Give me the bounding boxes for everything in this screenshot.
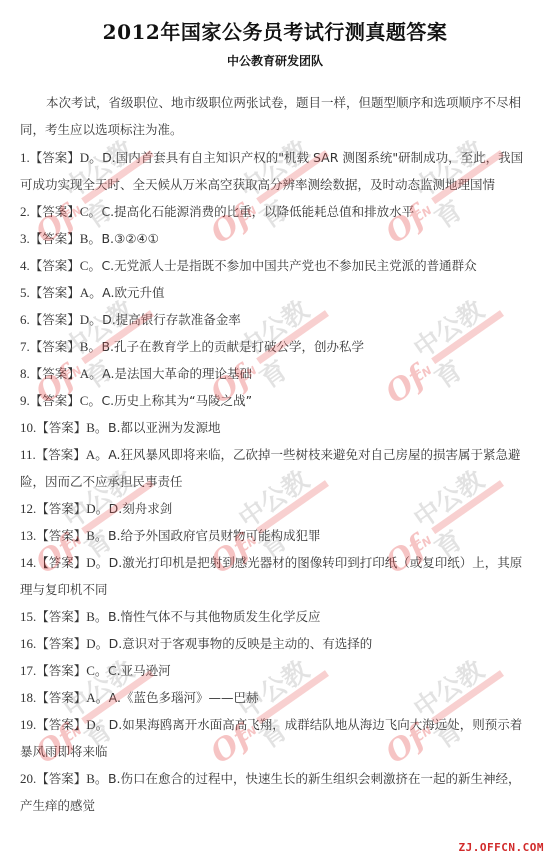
answer-choice: D。	[86, 717, 108, 732]
answer-explanation: C.无党派人士是指既不参加中国共产党也不参加民主党派的普通群众	[101, 258, 476, 273]
answer-choice: B。	[86, 771, 108, 786]
answer-tag: 【答案】	[30, 312, 80, 327]
answer-number: 1.	[20, 150, 30, 165]
answer-choice: D。	[86, 555, 108, 570]
answer-tag: 【答案】	[36, 447, 86, 462]
answer-explanation: A.《蓝色多瑙河》——巴赫	[109, 690, 259, 705]
answer-item: 3.【答案】B。B.③②④①	[20, 225, 535, 252]
document-page: 2012年国家公务员考试行测真题答案 中公教育研发团队 本次考试，省级职位、地市…	[0, 0, 550, 862]
answer-choice: C。	[86, 663, 108, 678]
answer-number: 15.	[20, 609, 36, 624]
answer-item-continuation: 理与复印机不同	[20, 576, 535, 603]
answer-number: 9.	[20, 393, 30, 408]
answer-explanation: 暴风雨即将来临	[20, 744, 108, 759]
answer-tag: 【答案】	[36, 717, 86, 732]
answer-explanation: D.刻舟求剑	[109, 501, 173, 516]
answer-choice: A。	[80, 366, 102, 381]
answer-item: 19.【答案】D。D.如果海鸥离开水面高高飞翔，成群结队地从海边飞向大海远处，则…	[20, 711, 535, 738]
answer-list: 1.【答案】D。D.国内首套具有自主知识产权的"机载 SAR 测图系统"研制成功…	[20, 144, 535, 819]
answer-tag: 【答案】	[36, 690, 86, 705]
answer-number: 14.	[20, 555, 36, 570]
answer-number: 20.	[20, 771, 36, 786]
answer-number: 18.	[20, 690, 36, 705]
answer-choice: A。	[86, 690, 108, 705]
answer-number: 10.	[20, 420, 36, 435]
answer-choice: D。	[80, 150, 102, 165]
answer-choice: D。	[86, 501, 108, 516]
answer-number: 11.	[20, 447, 36, 462]
answer-tag: 【答案】	[36, 636, 86, 651]
answer-item: 16.【答案】D。D.意识对于客观事物的反映是主动的、有选择的	[20, 630, 535, 657]
answer-choice: B。	[86, 609, 108, 624]
answer-explanation: B.孔子在教育学上的贡献是打破公学，创办私学	[101, 339, 364, 354]
answer-item: 17.【答案】C。C.亚马逊河	[20, 657, 535, 684]
answer-choice: B。	[80, 339, 102, 354]
answer-explanation: C.提高化石能源消费的比重，以降低能耗总值和排放水平	[101, 204, 414, 219]
answer-choice: D。	[80, 312, 102, 327]
answer-item: 1.【答案】D。D.国内首套具有自主知识产权的"机载 SAR 测图系统"研制成功…	[20, 144, 535, 171]
answer-explanation: B.③②④①	[101, 231, 158, 246]
answer-number: 8.	[20, 366, 30, 381]
answer-item: 12.【答案】D。D.刻舟求剑	[20, 495, 535, 522]
answer-tag: 【答案】	[36, 555, 86, 570]
answer-tag: 【答案】	[36, 501, 86, 516]
answer-item: 14.【答案】D。D.激光打印机是把射到感光器材的图像转印到打印纸（或复印纸）上…	[20, 549, 535, 576]
answer-item: 18.【答案】A。A.《蓝色多瑙河》——巴赫	[20, 684, 535, 711]
answer-explanation: D.意识对于客观事物的反映是主动的、有选择的	[109, 636, 373, 651]
document-title: 2012年国家公务员考试行测真题答案	[0, 16, 550, 45]
answer-choice: C。	[80, 204, 102, 219]
answer-explanation: A.是法国大革命的理论基础	[102, 366, 252, 381]
answer-item: 7.【答案】B。B.孔子在教育学上的贡献是打破公学，创办私学	[20, 333, 535, 360]
site-url-watermark: ZJ.OFFCN.COM	[459, 841, 544, 854]
answer-explanation: D.如果海鸥离开水面高高飞翔，成群结队地从海边飞向大海远处，则预示着	[109, 717, 523, 732]
answer-tag: 【答案】	[30, 231, 80, 246]
answer-tag: 【答案】	[36, 420, 86, 435]
answer-explanation: C.亚马逊河	[108, 663, 171, 678]
answer-item: 20.【答案】B。B.伤口在愈合的过程中，快速生长的新生组织会刺激挤在一起的新生…	[20, 765, 535, 792]
answer-choice: C。	[80, 258, 102, 273]
answer-explanation: D.提高银行存款准备金率	[102, 312, 241, 327]
answer-item: 11.【答案】A。A.狂风暴风即将来临，乙砍掉一些树枝来避免对自己房屋的损害属于…	[20, 441, 535, 468]
answer-number: 19.	[20, 717, 36, 732]
answer-number: 5.	[20, 285, 30, 300]
answer-tag: 【答案】	[30, 393, 80, 408]
answer-explanation: B.伤口在愈合的过程中，快速生长的新生组织会刺激挤在一起的新生神经，	[108, 771, 521, 786]
answer-number: 2.	[20, 204, 30, 219]
intro-paragraph: 本次考试，省级职位、地市级职位两张试卷，题目一样，但题型顺序和选项顺序不尽相 同…	[20, 89, 535, 143]
answer-explanation: B.惰性气体不与其他物质发生化学反应	[108, 609, 321, 624]
answer-tag: 【答案】	[30, 204, 80, 219]
answer-item: 8.【答案】A。A.是法国大革命的理论基础	[20, 360, 535, 387]
answer-tag: 【答案】	[30, 285, 80, 300]
answer-item: 13.【答案】B。B.给予外国政府官员财物可能构成犯罪	[20, 522, 535, 549]
answer-number: 16.	[20, 636, 36, 651]
answer-item: 10.【答案】B。B.都以亚洲为发源地	[20, 414, 535, 441]
document-subtitle: 中公教育研发团队	[0, 52, 550, 69]
answer-choice: A。	[80, 285, 102, 300]
answer-tag: 【答案】	[30, 150, 80, 165]
answer-choice: A。	[86, 447, 108, 462]
answer-tag: 【答案】	[30, 258, 80, 273]
answer-explanation: 理与复印机不同	[20, 582, 108, 597]
answer-explanation: 险，因而乙不应承担民事责任	[20, 474, 183, 489]
answer-tag: 【答案】	[36, 609, 86, 624]
answer-explanation: B.都以亚洲为发源地	[108, 420, 221, 435]
answer-tag: 【答案】	[30, 339, 80, 354]
answer-item: 6.【答案】D。D.提高银行存款准备金率	[20, 306, 535, 333]
answer-number: 12.	[20, 501, 36, 516]
answer-tag: 【答案】	[36, 771, 86, 786]
answer-number: 4.	[20, 258, 30, 273]
answer-explanation: D.激光打印机是把射到感光器材的图像转印到打印纸（或复印纸）上，其原	[109, 555, 523, 570]
answer-number: 6.	[20, 312, 30, 327]
answer-choice: B。	[80, 231, 102, 246]
intro-line: 本次考试，省级职位、地市级职位两张试卷，题目一样，但题型顺序和选项顺序不尽相	[20, 89, 535, 116]
answer-item-continuation: 产生痒的感觉	[20, 792, 535, 819]
answer-explanation: B.给予外国政府官员财物可能构成犯罪	[108, 528, 321, 543]
answer-item-continuation: 可成功实现全天时、全天候从万米高空获取高分辨率测绘数据，及时动态监测地理国情	[20, 171, 535, 198]
answer-number: 3.	[20, 231, 30, 246]
answer-explanation: 产生痒的感觉	[20, 798, 95, 813]
answer-choice: B。	[86, 420, 108, 435]
answer-choice: B。	[86, 528, 108, 543]
intro-line: 同，考生应以选项标注为准。	[20, 116, 535, 143]
answer-item: 2.【答案】C。C.提高化石能源消费的比重，以降低能耗总值和排放水平	[20, 198, 535, 225]
answer-explanation: C.历史上称其为“马陵之战”	[101, 393, 252, 408]
answer-item: 9.【答案】C。C.历史上称其为“马陵之战”	[20, 387, 535, 414]
answer-number: 13.	[20, 528, 36, 543]
answer-tag: 【答案】	[30, 366, 80, 381]
answer-choice: C。	[80, 393, 102, 408]
answer-explanation: 可成功实现全天时、全天候从万米高空获取高分辨率测绘数据，及时动态监测地理国情	[20, 177, 495, 192]
answer-item: 4.【答案】C。C.无党派人士是指既不参加中国共产党也不参加民主党派的普通群众	[20, 252, 535, 279]
answer-explanation: A.狂风暴风即将来临，乙砍掉一些树枝来避免对自己房屋的损害属于紧急避	[108, 447, 520, 462]
answer-number: 7.	[20, 339, 30, 354]
answer-item-continuation: 险，因而乙不应承担民事责任	[20, 468, 535, 495]
answer-item: 5.【答案】A。A.欧元升值	[20, 279, 535, 306]
answer-item: 15.【答案】B。B.惰性气体不与其他物质发生化学反应	[20, 603, 535, 630]
answer-number: 17.	[20, 663, 36, 678]
answer-item-continuation: 暴风雨即将来临	[20, 738, 535, 765]
answer-explanation: A.欧元升值	[102, 285, 164, 300]
answer-tag: 【答案】	[36, 663, 86, 678]
answer-choice: D。	[86, 636, 108, 651]
answer-explanation: D.国内首套具有自主知识产权的"机载 SAR 测图系统"研制成功，至此，我国	[102, 150, 523, 165]
answer-tag: 【答案】	[36, 528, 86, 543]
